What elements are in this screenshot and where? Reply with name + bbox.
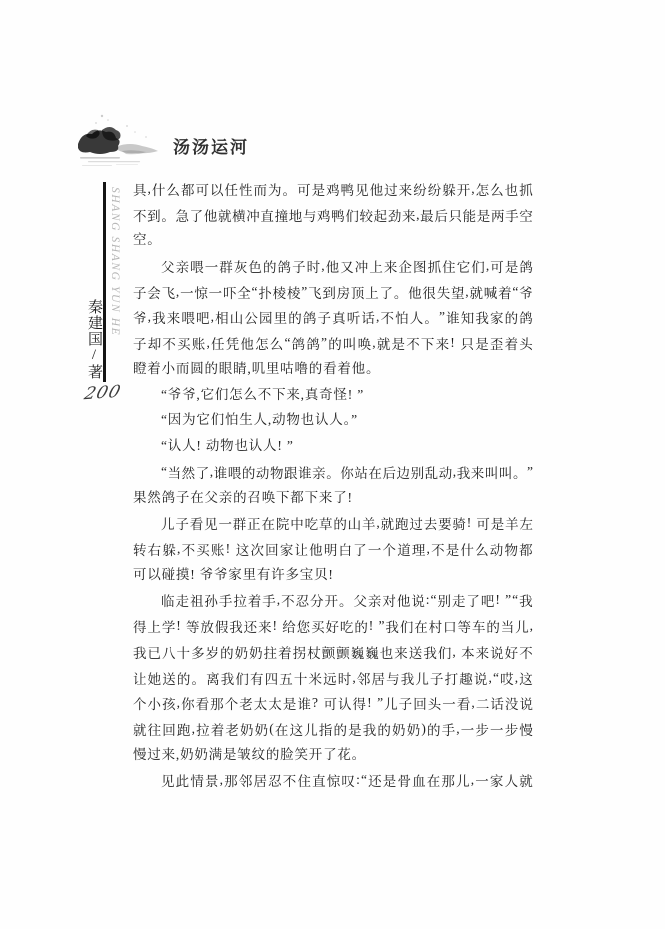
text-line: “认人! 动物也认人! ” <box>133 433 533 459</box>
text-line: 果然鸽子在父亲的召唤下都下来了! <box>133 485 533 511</box>
text-block: 具,什么都可以任性而为。可是鸡鸭见他过来纷纷躲开,怎么也抓不到。急了他就横冲直撞… <box>133 176 533 793</box>
text-line: 见此情景,那邻居忍不住直惊叹:“还是骨血在那儿,一家人就 <box>133 768 533 794</box>
book-title: 汤汤运河 <box>173 133 249 158</box>
text-line: “当然了,谁喂的动物跟谁亲。你站在后边别乱动,我来叫叫。” <box>133 459 533 485</box>
text-line: 爷,我来喂吧,相山公园里的鸽子真听话,不怕人。”谁知我家的鸽 <box>133 305 533 331</box>
page-number: 200 <box>82 382 123 404</box>
text-line: 得上学! 等放假我还来! 给您买好吃的! ”我们在村口等车的当儿, <box>133 613 533 639</box>
text-line: 临走祖孙手拉着手,不忍分开。父亲对他说:“别走了吧! ”“我 <box>133 588 533 614</box>
text-line: 我已八十多岁的奶奶拄着拐杖颤颤巍巍也来送我们, 本来说好不 <box>133 639 533 665</box>
text-line: 转右躲,不买账! 这次回家让他明白了一个道理,不是什么动物都 <box>133 536 533 562</box>
text-line: 具,什么都可以任性而为。可是鸡鸭见他过来纷纷躲开,怎么也抓 <box>133 176 533 202</box>
text-line: 父亲喂一群灰色的鸽子时,他又冲上来企图抓住它们,可是鸽 <box>133 253 533 279</box>
text-line: 空。 <box>133 227 533 253</box>
author-name: 秦建国/著 <box>84 299 105 380</box>
text-line: 儿子看见一群正在院中吃草的山羊,就跑过去要骑! 可是羊左 <box>133 510 533 536</box>
text-line: 可以碰摸! 爷爷家里有许多宝贝! <box>133 562 533 588</box>
text-line: 不到。急了他就横冲直撞地与鸡鸭们较起劲来,最后只能是两手空 <box>133 202 533 228</box>
text-line: 子却不买账,任凭他怎么“鸽鸽”的叫唤,就是不下来! 只是歪着头 <box>133 330 533 356</box>
text-line: “因为它们怕生人,动物也认人。” <box>133 407 533 433</box>
book-page: 汤汤运河 SHANG SHANG YUN HE 秦建国/著 200 具,什么都可… <box>0 0 665 929</box>
text-line: 个小孩,你看那个老太太是谁? 可认得! ”儿子回头一看,二话没说 <box>133 690 533 716</box>
text-line: 慢过来,奶奶满是皱纹的脸笑开了花。 <box>133 742 533 768</box>
ink-wash-logo-icon <box>72 110 167 174</box>
text-line: 子会飞,一惊一吓全“扑棱棱”飞到房顶上了。他很失望,就喊着“爷 <box>133 279 533 305</box>
text-line: 就往回跑,拉着老奶奶(在这儿指的是我的奶奶)的手,一步一步慢 <box>133 716 533 742</box>
text-line: 瞪着小而圆的眼睛,叽里咕噜的看着他。 <box>133 356 533 382</box>
text-line: “爷爷,它们怎么不下来,真奇怪! ” <box>133 382 533 408</box>
text-line: 让她送的。离我们有四五十米远时,邻居与我儿子打趣说,“哎,这 <box>133 665 533 691</box>
series-name-english: SHANG SHANG YUN HE <box>109 187 121 336</box>
